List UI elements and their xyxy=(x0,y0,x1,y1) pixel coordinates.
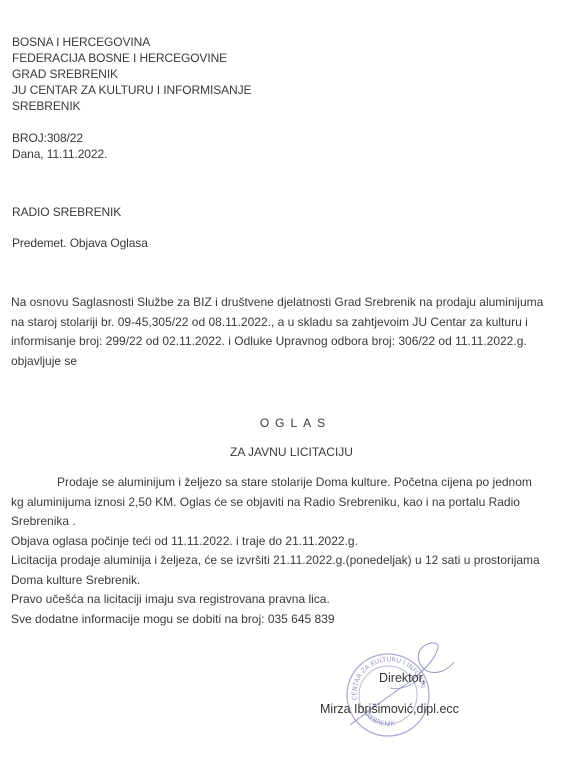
document-page: BOSNA I HERCEGOVINA FEDERACIJA BOSNE I H… xyxy=(0,0,567,761)
body-line: Srebrenika . xyxy=(11,512,556,532)
intro-line: Na osnovu Saglasnosti Službe za BIZ i dr… xyxy=(11,293,556,313)
signatory-role: Direktor, xyxy=(379,671,426,685)
letterhead-line: SREBRENIK xyxy=(12,99,80,114)
signatory-name: Mirza Ibrišimović,dipl.ecc xyxy=(320,702,459,716)
body-line: Prodaje se aluminijum i željezo sa stare… xyxy=(11,473,556,493)
letterhead-line: BOSNA I HERCEGOVINA xyxy=(12,35,150,50)
body-line: Objava oglasa počinje teći od 11.11.2022… xyxy=(11,532,556,552)
letterhead-line: FEDERACIJA BOSNE I HERCEGOVINE xyxy=(12,51,227,66)
intro-line: informisanje broj: 299/22 od 02.11.2022.… xyxy=(11,332,556,352)
signature-scribble-icon xyxy=(330,640,460,735)
document-number: BROJ:308/22 xyxy=(12,131,83,146)
body-line: Doma kulture Srebrenik. xyxy=(11,571,556,591)
intro-paragraph: Na osnovu Saglasnosti Službe za BIZ i dr… xyxy=(11,293,556,371)
intro-line: na staroj stolariji br. 09-45,305/22 od … xyxy=(11,313,556,333)
document-date: Dana, 11.11.2022. xyxy=(12,147,107,162)
letterhead-line: GRAD SREBRENIK xyxy=(12,67,118,82)
intro-line: objavljuje se xyxy=(11,352,556,372)
notice-subtitle: ZA JAVNU LICITACIJU xyxy=(0,445,567,459)
notice-title: OGLAS xyxy=(0,416,567,430)
subject: Predemet. Objava Oglasa xyxy=(12,236,148,251)
body-line: Licitacija prodaje aluminija i željeza, … xyxy=(11,551,556,571)
recipient: RADIO SREBRENIK xyxy=(12,205,121,220)
body-line: Sve dodatne informacije mogu se dobiti n… xyxy=(11,610,556,630)
letterhead-line: JU CENTAR ZA KULTURU I INFORMISANJE xyxy=(12,83,251,98)
body-line: Pravo učešća na licitaciji imaju sva reg… xyxy=(11,590,556,610)
body-line: kg aluminijuma iznosi 2,50 KM. Oglas će … xyxy=(11,493,556,513)
notice-body: Prodaje se aluminijum i željezo sa stare… xyxy=(11,473,556,629)
